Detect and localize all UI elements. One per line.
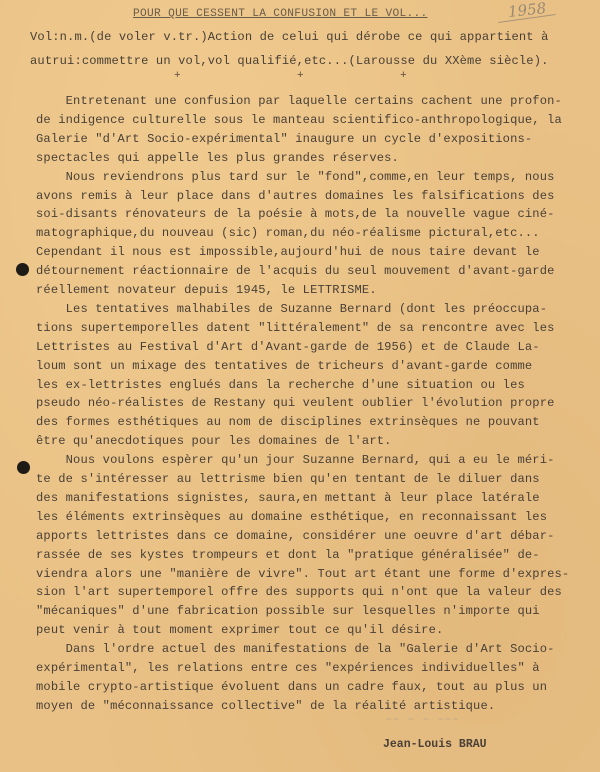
- body-line: loum sont un mixage des tentatives de tr…: [36, 360, 532, 372]
- body-line: Les tentatives malhabiles de Suzanne Ber…: [36, 303, 547, 315]
- body-line: détournement réactionnaire de l'acquis d…: [36, 265, 555, 277]
- body-line: pseudo néo-réalistes de Restany qui veul…: [36, 397, 555, 409]
- body-line: de indigence culturelle sous le manteau …: [36, 114, 562, 126]
- body-line: te de s'intéresser au lettrisme bien qu'…: [36, 473, 540, 485]
- body-line: Nous reviendrons plus tard sur le "fond"…: [36, 171, 555, 183]
- body-line: mobile crypto-artistique évoluent dans u…: [36, 681, 547, 693]
- body-line: des manifestations signistes, saura,en m…: [36, 492, 540, 504]
- plus-separator-icon: +: [400, 70, 407, 82]
- body-line: moyen de "méconnaissance collective" de …: [36, 700, 495, 712]
- body-line: peut venir à tout moment exprimer tout c…: [36, 624, 443, 636]
- body-line: rassée de ses kystes trompeurs et dont l…: [36, 549, 540, 561]
- body-line: Nous voulons espèrer qu'un jour Suzanne …: [36, 454, 555, 466]
- body-line: viendra alors une "manière de vivre". To…: [36, 568, 569, 580]
- signature: Jean-Louis BRAU: [383, 738, 487, 751]
- plus-separator-icon: +: [174, 70, 181, 82]
- punch-hole-icon: [17, 461, 30, 474]
- document-title: POUR QUE CESSENT LA CONFUSION ET LE VOL.…: [133, 8, 428, 20]
- plus-separator-icon: +: [297, 70, 304, 82]
- body-line: matographique,du nouveau (sic) roman,du …: [36, 227, 540, 239]
- body-line: "mécaniques" d'une fabrication possible …: [36, 605, 540, 617]
- body-line: apports lettristes dans ce domaine, cons…: [36, 530, 555, 542]
- body-line: être qu'anecdotiques pour les domaines d…: [36, 435, 392, 447]
- body-line: Entretenant une confusion par laquelle c…: [36, 95, 562, 107]
- body-line: Dans l'ordre actuel des manifestations d…: [36, 643, 555, 655]
- body-line: les ex-lettristes englués dans la recher…: [36, 379, 525, 391]
- definition-line: Vol:n.m.(de voler v.tr.)Action de celui …: [30, 31, 549, 43]
- body-line: des formes esthétiques au nom de discipl…: [36, 416, 540, 428]
- body-line: Cependant il nous est impossible,aujourd…: [36, 246, 540, 258]
- signature-scribble: ~~ ~ ~ ~~~: [386, 715, 460, 725]
- body-line: avons remis à leur place dans d'autres d…: [36, 190, 555, 202]
- definition-line: autrui:commettre un vol,vol qualifié,etc…: [30, 55, 549, 67]
- body-line: Lettristes au Festival d'Art d'Avant-gar…: [36, 341, 540, 353]
- body-line: expérimental", les relations entre ces "…: [36, 662, 540, 674]
- body-line: les éléments extrinsèques au domaine est…: [36, 511, 547, 523]
- punch-hole-icon: [16, 263, 29, 276]
- typewritten-document-page: POUR QUE CESSENT LA CONFUSION ET LE VOL.…: [0, 0, 600, 772]
- body-line: réellement novateur depuis 1945, le LETT…: [36, 284, 377, 296]
- body-line: spectacles qui appelle les plus grandes …: [36, 152, 399, 164]
- body-line: Galerie "d'Art Socio-expérimental" inaug…: [36, 133, 532, 145]
- body-line: tions supertemporelles datent "littérale…: [36, 322, 555, 334]
- body-line: sion l'art supertemporel offre des suppo…: [36, 586, 562, 598]
- body-line: soi-disants rénovateurs de la poésie à m…: [36, 208, 555, 220]
